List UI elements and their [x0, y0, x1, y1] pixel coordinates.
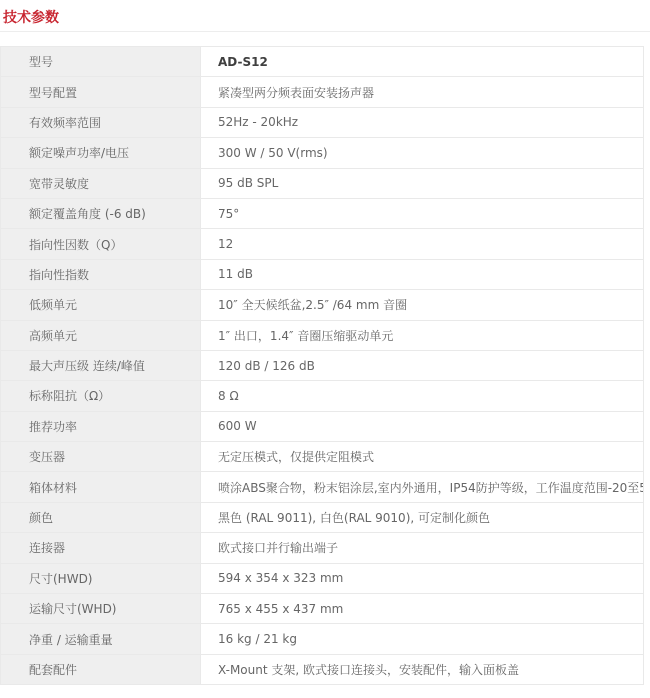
spec-value: 喷涂ABS聚合物，粉末铝涂层,室内外通用，IP54防护等级，工作温度范围-20至… [201, 472, 643, 501]
table-row: 型号配置 紧凑型两分频表面安装扬声器 [1, 77, 643, 107]
table-row: 有效频率范围 52Hz - 20kHz [1, 108, 643, 138]
spec-label: 指向性指数 [1, 260, 201, 289]
title-divider [0, 31, 650, 32]
spec-label: 配套配件 [1, 655, 201, 684]
table-row: 额定噪声功率/电压 300 W / 50 V(rms) [1, 138, 643, 168]
spec-label: 低频单元 [1, 290, 201, 319]
spec-label: 额定覆盖角度 (-6 dB) [1, 199, 201, 228]
spec-value: 765 x 455 x 437 mm [201, 594, 643, 623]
spec-value: 8 Ω [201, 381, 643, 410]
table-row: 型号 AD-S12 [1, 47, 643, 77]
table-row: 指向性指数 11 dB [1, 260, 643, 290]
spec-label: 高频单元 [1, 321, 201, 350]
spec-label: 型号 [1, 47, 201, 76]
spec-label: 推荐功率 [1, 412, 201, 441]
table-row: 颜色 黑色 (RAL 9011), 白色(RAL 9010), 可定制化颜色 [1, 503, 643, 533]
spec-label: 有效频率范围 [1, 108, 201, 137]
table-row: 尺寸(HWD) 594 x 354 x 323 mm [1, 564, 643, 594]
spec-label: 型号配置 [1, 77, 201, 106]
spec-value: 600 W [201, 412, 643, 441]
spec-label: 标称阻抗（Ω） [1, 381, 201, 410]
spec-value: 1″ 出口，1.4″ 音圈压缩驱动单元 [201, 321, 643, 350]
table-row: 运输尺寸(WHD) 765 x 455 x 437 mm [1, 594, 643, 624]
spec-label: 变压器 [1, 442, 201, 471]
table-row: 最大声压级 连续/峰值 120 dB / 126 dB [1, 351, 643, 381]
spec-value: 欧式接口并行输出端子 [201, 533, 643, 562]
table-row: 指向性因数（Q） 12 [1, 229, 643, 259]
table-row: 标称阻抗（Ω） 8 Ω [1, 381, 643, 411]
table-row: 配套配件 X-Mount 支架, 欧式接口连接头，安装配件，输入面板盖 [1, 655, 643, 685]
spec-label: 连接器 [1, 533, 201, 562]
table-row: 净重 / 运输重量 16 kg / 21 kg [1, 624, 643, 654]
spec-label: 尺寸(HWD) [1, 564, 201, 593]
table-row: 变压器 无定压模式，仅提供定阻模式 [1, 442, 643, 472]
spec-value: 紧凑型两分频表面安装扬声器 [201, 77, 643, 106]
spec-label: 运输尺寸(WHD) [1, 594, 201, 623]
spec-label: 额定噪声功率/电压 [1, 138, 201, 167]
spec-value: AD-S12 [201, 47, 643, 76]
spec-label: 宽带灵敏度 [1, 169, 201, 198]
spec-value: 无定压模式，仅提供定阻模式 [201, 442, 643, 471]
spec-value: 52Hz - 20kHz [201, 108, 643, 137]
spec-value: 75° [201, 199, 643, 228]
table-row: 宽带灵敏度 95 dB SPL [1, 169, 643, 199]
spec-value: 12 [201, 229, 643, 258]
table-row: 高频单元 1″ 出口，1.4″ 音圈压缩驱动单元 [1, 321, 643, 351]
spec-label: 净重 / 运输重量 [1, 624, 201, 653]
table-row: 推荐功率 600 W [1, 412, 643, 442]
spec-value: 16 kg / 21 kg [201, 624, 643, 653]
table-row: 低频单元 10″ 全天候纸盆,2.5″ /64 mm 音圈 [1, 290, 643, 320]
spec-value: 11 dB [201, 260, 643, 289]
table-row: 额定覆盖角度 (-6 dB) 75° [1, 199, 643, 229]
spec-value: 300 W / 50 V(rms) [201, 138, 643, 167]
spec-label: 指向性因数（Q） [1, 229, 201, 258]
spec-label: 箱体材料 [1, 472, 201, 501]
spec-table: 型号 AD-S12 型号配置 紧凑型两分频表面安装扬声器 有效频率范围 52Hz… [0, 46, 644, 685]
spec-page: 技术参数 型号 AD-S12 型号配置 紧凑型两分频表面安装扬声器 有效频率范围… [0, 0, 650, 698]
page-title: 技术参数 [3, 10, 650, 27]
spec-value: 10″ 全天候纸盆,2.5″ /64 mm 音圈 [201, 290, 643, 319]
table-row: 箱体材料 喷涂ABS聚合物，粉末铝涂层,室内外通用，IP54防护等级，工作温度范… [1, 472, 643, 502]
spec-label: 最大声压级 连续/峰值 [1, 351, 201, 380]
spec-value: 120 dB / 126 dB [201, 351, 643, 380]
table-row: 连接器 欧式接口并行输出端子 [1, 533, 643, 563]
spec-value: X-Mount 支架, 欧式接口连接头，安装配件，输入面板盖 [201, 655, 643, 684]
spec-value: 95 dB SPL [201, 169, 643, 198]
spec-label: 颜色 [1, 503, 201, 532]
spec-value: 黑色 (RAL 9011), 白色(RAL 9010), 可定制化颜色 [201, 503, 643, 532]
spec-value: 594 x 354 x 323 mm [201, 564, 643, 593]
